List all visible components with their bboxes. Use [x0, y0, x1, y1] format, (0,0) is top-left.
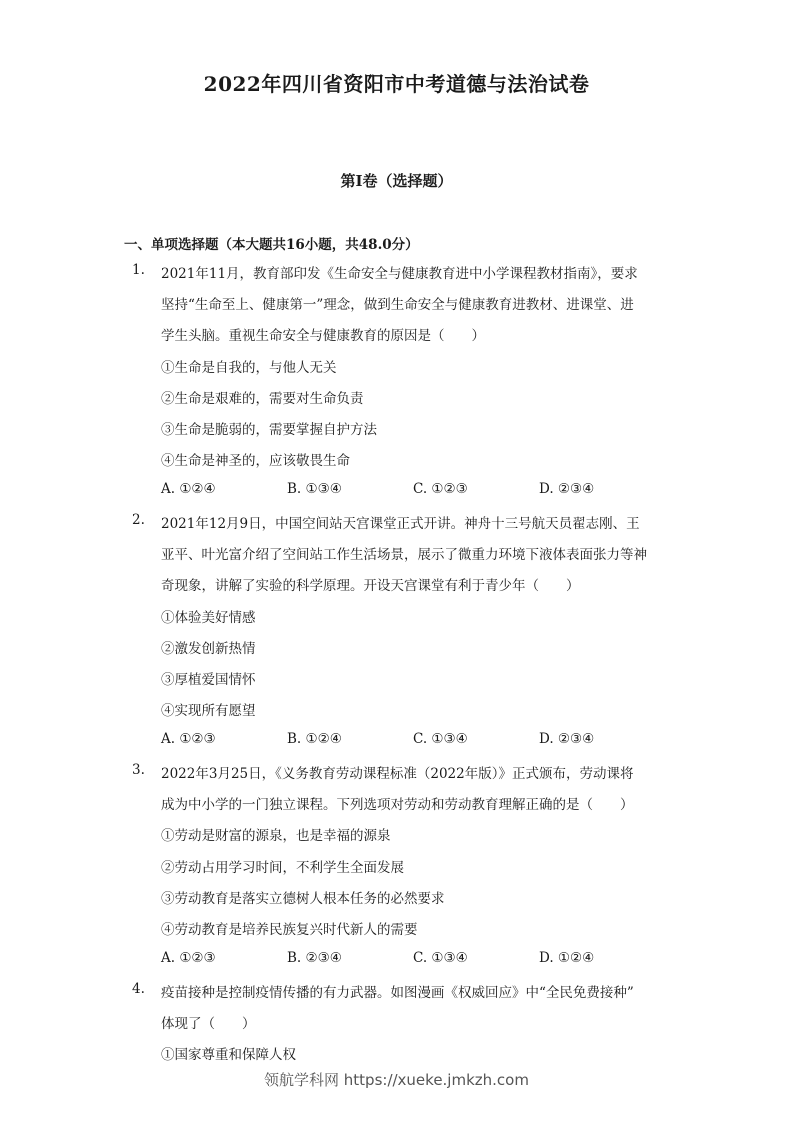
part-title: 第I卷（选择题） — [0, 170, 793, 191]
statement: ①体验美好情感 — [161, 606, 256, 626]
question-text-line: 2021年11月，教育部印发《生命安全与健康教育进中小学课程教材指南》，要求 — [161, 262, 638, 282]
statement: ①生命是自我的，与他人无关 — [161, 356, 337, 376]
question-number: 3. — [132, 762, 145, 778]
statement: ②生命是艰难的，需要对生命负责 — [161, 387, 364, 407]
statement: ③厚植爱国情怀 — [161, 668, 256, 688]
question-number: 4. — [132, 981, 145, 997]
question-text-line: 学生头脑。重视生命安全与健康教育的原因是（ ） — [161, 324, 485, 344]
question-text-line: 疫苗接种是控制疫情传播的有力武器。如图漫画《权威回应》中“全民免费接种” — [161, 981, 634, 1001]
statement: ④生命是神圣的，应该敬畏生命 — [161, 449, 350, 469]
question-text-line: 2021年12月9日，中国空间站天宫课堂正式开讲。神舟十三号航天员翟志刚、王 — [161, 512, 640, 532]
statement: ③生命是脆弱的，需要掌握自护方法 — [161, 418, 377, 438]
question-text-line: 坚持“生命至上、健康第一”理念，做到生命安全与健康教育进教材、进课堂、进 — [161, 293, 634, 313]
choice-d[interactable]: D. ①②④ — [539, 950, 594, 966]
question-number: 1. — [132, 262, 145, 278]
statement: ④实现所有愿望 — [161, 699, 256, 719]
statement: ④劳动教育是培养民族复兴时代新人的需要 — [161, 918, 418, 938]
choice-b[interactable]: B. ②③④ — [287, 950, 342, 966]
choice-b[interactable]: B. ①③④ — [287, 481, 342, 497]
watermark: 领航学科网 https://xueke.jmkzh.com — [0, 1069, 793, 1090]
question-text-line: 2022年3月25日，《义务教育劳动课程标准（2022年版）》正式颁布，劳动课将 — [161, 762, 633, 782]
choice-c[interactable]: C. ①②③ — [413, 481, 468, 497]
section-title: 一、单项选择题（本大题共16小题，共48.0分） — [124, 233, 419, 253]
choice-d[interactable]: D. ②③④ — [539, 481, 594, 497]
statement: ①劳动是财富的源泉，也是幸福的源泉 — [161, 824, 391, 844]
choice-d[interactable]: D. ②③④ — [539, 731, 594, 747]
question-text-line: 亚平、叶光富介绍了空间站工作生活场景，展示了微重力环境下液体表面张力等神 — [161, 543, 647, 563]
choice-b[interactable]: B. ①②④ — [287, 731, 342, 747]
page-title: 2022年四川省资阳市中考道德与法治试卷 — [0, 68, 793, 97]
question-text-line: 体现了（ ） — [161, 1012, 256, 1032]
statement: ②劳动占用学习时间，不利学生全面发展 — [161, 856, 404, 876]
statement: ①国家尊重和保障人权 — [161, 1043, 296, 1063]
choice-c[interactable]: C. ①③④ — [413, 950, 468, 966]
question-number: 2. — [132, 512, 145, 528]
choice-a[interactable]: A. ①②③ — [161, 950, 216, 966]
question-text-line: 成为中小学的一门独立课程。下列选项对劳动和劳动教育理解正确的是（ ） — [161, 793, 634, 813]
statement: ③劳动教育是落实立德树人根本任务的必然要求 — [161, 887, 445, 907]
choice-a[interactable]: A. ①②③ — [161, 731, 216, 747]
question-text-line: 奇现象，讲解了实验的科学原理。开设天宫课堂有利于青少年（ ） — [161, 574, 580, 594]
choice-c[interactable]: C. ①③④ — [413, 731, 468, 747]
choice-a[interactable]: A. ①②④ — [161, 481, 216, 497]
statement: ②激发创新热情 — [161, 637, 256, 657]
